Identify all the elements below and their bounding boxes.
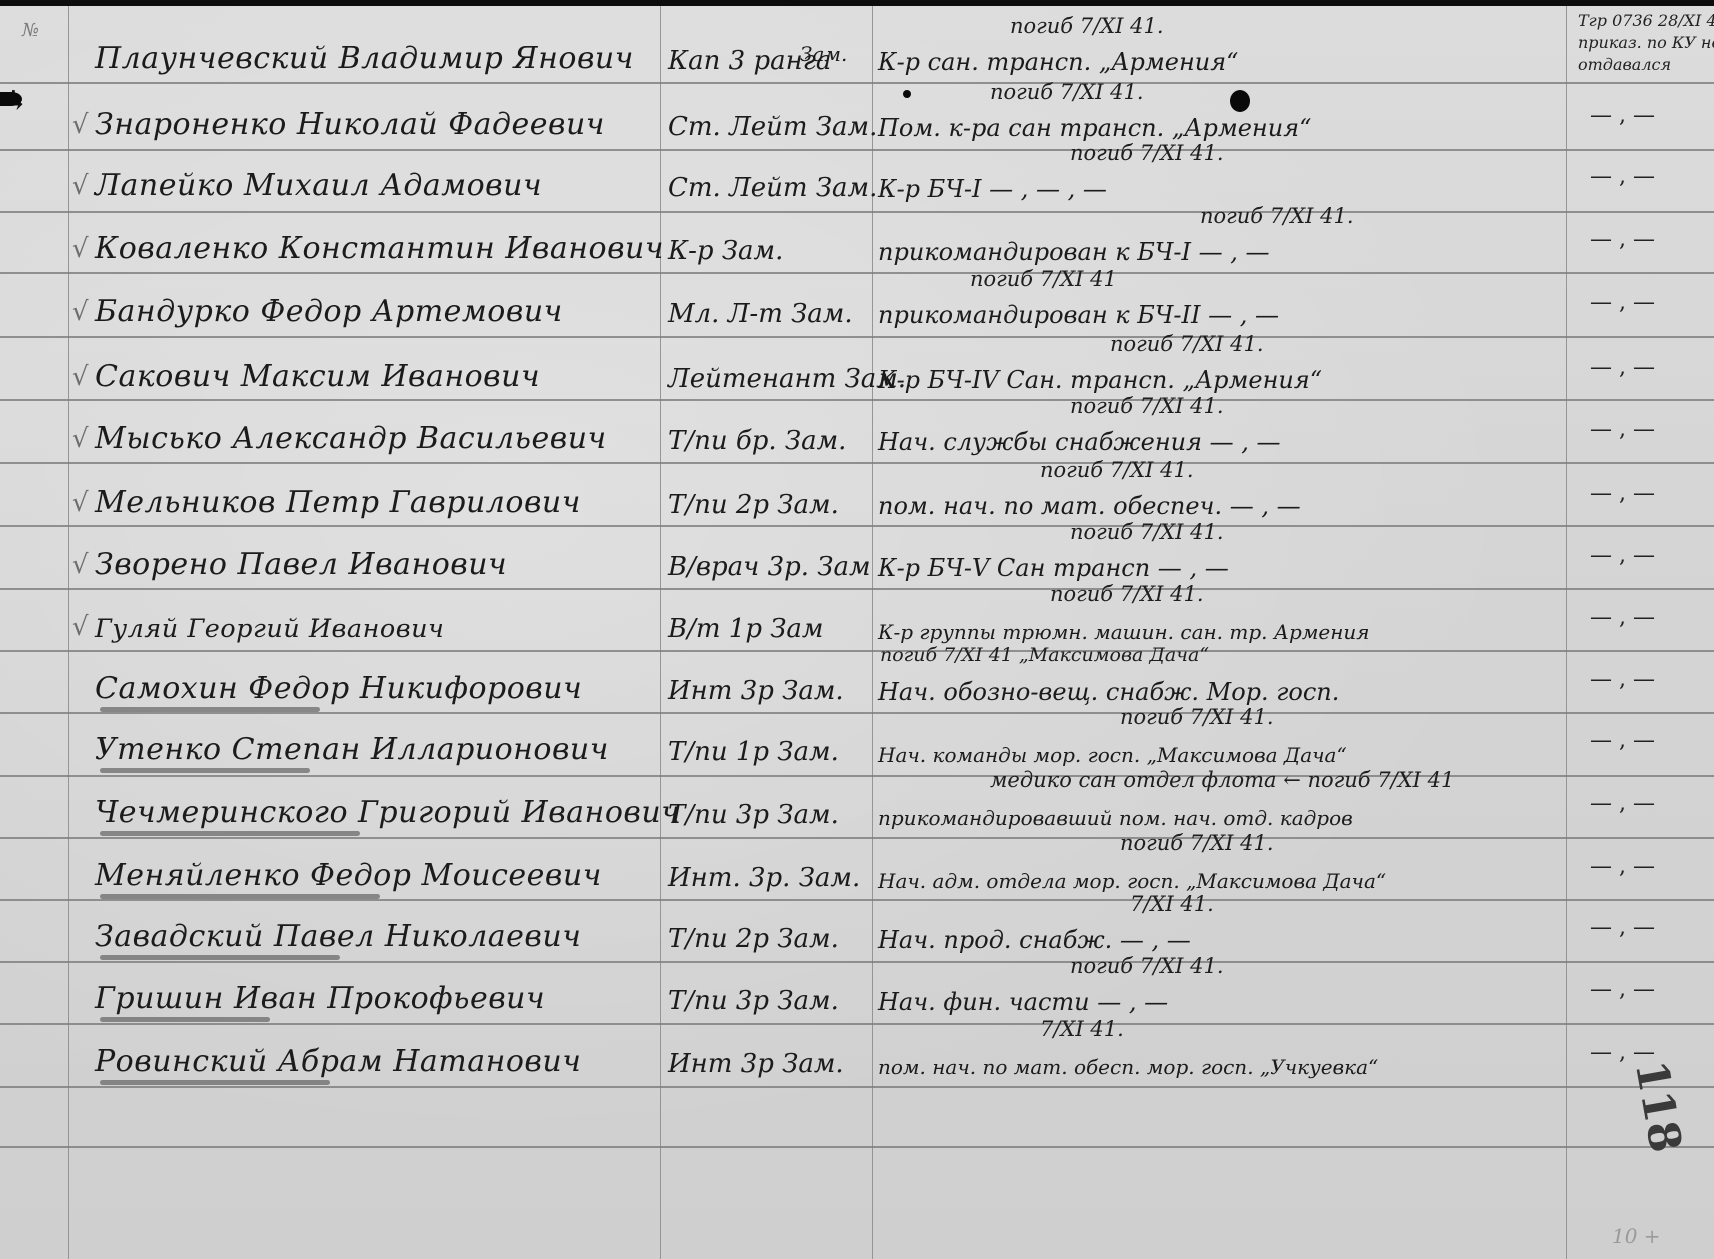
position-note: прикомандирован к БЧ-I — , — [878, 238, 1270, 266]
position-note: Пом. к-ра сан трансп. „Армения“ [878, 114, 1311, 142]
fate-annotation: погиб 7/XI 41. [1110, 332, 1264, 356]
personnel-row: √ погиб 7/XI 41 „Максимова Дача“ Самохин… [0, 648, 1714, 714]
full-name: Зворено Павел Иванович [95, 547, 507, 582]
check-mark-icon: √ [72, 110, 89, 140]
position-note: К-р БЧ-I — , — , — [878, 175, 1107, 203]
military-rank: Инт 3р Зам. [668, 1049, 844, 1079]
fate-annotation: погиб 7/XI 41 „Максимова Дача“ [880, 644, 1209, 666]
position-note: Нач. прод. снабж. — , — [878, 926, 1191, 954]
full-name: Ровинский Абрам Натанович [95, 1044, 581, 1079]
full-name: Мысько Александр Васильевич [95, 421, 607, 456]
pencil-underline [100, 1080, 330, 1085]
fate-annotation: погиб 7/XI 41. [1070, 954, 1224, 978]
remarks-ditto: — , — [1590, 667, 1655, 692]
position-note: К-р сан. трансп. „Армения“ [878, 48, 1238, 76]
full-name: Сакович Максим Иванович [95, 359, 540, 394]
full-name: Плаунчевский Владимир Янович [95, 41, 634, 76]
fate-annotation: погиб 7/XI 41. [990, 80, 1144, 104]
ruled-line [0, 1146, 1714, 1148]
remarks-ditto: — , — [1590, 728, 1655, 753]
full-name: Коваленко Константин Иванович [95, 231, 664, 266]
military-rank: Ст. Лейт Зам. [668, 173, 877, 203]
full-name: Гуляй Георгий Иванович [95, 614, 444, 644]
position-note: прикомандировавший пом. нач. отд. кадров [878, 806, 1353, 830]
full-name: Бандурко Федор Артемович [95, 294, 563, 329]
full-name: Лапейко Михаил Адамович [95, 168, 542, 203]
fate-annotation: погиб 7/XI 41. [1040, 458, 1194, 482]
position-note: пом. нач. по мат. обесп. мор. госп. „Учк… [878, 1055, 1378, 1079]
personnel-row: √ погиб 7/XI 41. Меняйленко Федор Моисее… [0, 835, 1714, 901]
full-name: Мельников Петр Гаврилович [95, 485, 581, 520]
military-rank: В/врач 3р. Зам [668, 552, 871, 582]
full-name: Гришин Иван Прокофьевич [95, 981, 545, 1016]
remarks-ditto: — , — [1590, 164, 1655, 189]
remarks-ditto: — , — [1590, 355, 1655, 380]
military-rank: Т/пи бр. Зам. [668, 426, 846, 456]
fate-annotation: погиб 7/XI 41. [1120, 705, 1274, 729]
military-rank: Инт 3р Зам. [668, 676, 844, 706]
military-rank: Т/пи 1р Зам. [668, 737, 839, 767]
remarks-ditto: — , — [1590, 605, 1655, 630]
fate-annotation: погиб 7/XI 41. [1010, 14, 1164, 38]
personnel-row: √ погиб 7/XI 41. Гуляй Георгий Иванович … [0, 586, 1714, 652]
full-name: Меняйленко Федор Моисеевич [95, 858, 602, 893]
remarks-ditto: — , — [1590, 227, 1655, 252]
check-mark-icon: √ [72, 488, 89, 518]
full-name: Утенко Степан Илларионович [95, 732, 609, 767]
personnel-row: √ погиб 7/XI 41. Знароненко Николай Фаде… [0, 84, 1714, 150]
fate-annotation: погиб 7/XI 41. [1050, 582, 1204, 606]
full-name: Самохин Федор Никифорович [95, 671, 582, 706]
remarks-ditto: — , — [1590, 290, 1655, 315]
remarks-ditto: — , — [1590, 543, 1655, 568]
personnel-row: √ погиб 7/XI 41. Мельников Петр Гаврилов… [0, 462, 1714, 528]
position-note: К-р группы трюмн. машин. сан. тр. Армени… [878, 620, 1370, 644]
fate-annotation: погиб 7/XI 41. [1070, 394, 1224, 418]
check-mark-icon: √ [72, 171, 89, 201]
personnel-row: √ погиб 7/XI 41. Гришин Иван Прокофьевич… [0, 958, 1714, 1024]
personnel-row: √ погиб 7/XI 41. Коваленко Константин Ив… [0, 208, 1714, 274]
check-mark-icon: √ [72, 424, 89, 454]
personnel-row: √ погиб 7/XI 41. Зворено Павел Иванович … [0, 524, 1714, 590]
remarks-ditto: — , — [1590, 854, 1655, 879]
personnel-row: √ медико сан отдел флота ← погиб 7/XI 41… [0, 772, 1714, 838]
military-rank: К-р Зам. [668, 236, 783, 266]
fate-annotation: погиб 7/XI 41 [970, 267, 1117, 291]
position-note: Нач. команды мор. госп. „Максимова Дача“ [878, 743, 1347, 767]
full-name: Знароненко Николай Фадеевич [95, 107, 605, 142]
fate-annotation: погиб 7/XI 41. [1200, 204, 1354, 228]
full-name: Завадский Павел Николаевич [95, 919, 581, 954]
military-rank: В/т 1р Зам [668, 614, 824, 644]
personnel-row: √ погиб 7/XI 41. Мысько Александр Василь… [0, 398, 1714, 464]
fate-annotation: 7/XI 41. [1130, 892, 1214, 916]
military-rank: Лейтенант Зам. [668, 364, 906, 394]
full-name: Чечмеринского Григорий Иванович [95, 795, 680, 830]
fate-annotation: погиб 7/XI 41. [1070, 141, 1224, 165]
position-note: Нач. службы снабжения — , — [878, 428, 1281, 456]
check-mark-icon: √ [72, 362, 89, 392]
personnel-row: √ 7/XI 41. Завадский Павел Николаевич Т/… [0, 896, 1714, 962]
remarks-ditto: — , — [1590, 791, 1655, 816]
military-rank: Инт. 3р. Зам. [668, 863, 860, 893]
personnel-row: √ погиб 7/XI 41. Сакович Максим Иванович… [0, 336, 1714, 402]
position-note: К-р БЧ-V Сан трансп — , — [878, 554, 1229, 582]
personnel-row: √ погиб 7/XI 41. Плаунчевский Владимир Я… [0, 18, 1714, 84]
remarks-ditto: — , — [1590, 481, 1655, 506]
check-mark-icon: √ [72, 234, 89, 264]
position-note: Нач. адм. отдела мор. госп. „Максимова Д… [878, 869, 1386, 893]
remarks-ditto: — , — [1590, 417, 1655, 442]
check-mark-icon: √ [72, 612, 89, 642]
page-count-mark: 10 + [1612, 1224, 1661, 1248]
military-rank: Т/пи 2р Зам. [668, 924, 839, 954]
fate-annotation: медико сан отдел флота ← погиб 7/XI 41 [990, 768, 1454, 792]
military-rank: Т/пи 3р Зам. [668, 800, 839, 830]
personnel-row: √ погиб 7/XI 41. Лапейко Михаил Адамович… [0, 145, 1714, 211]
check-mark-icon: √ [72, 297, 89, 327]
remarks-ditto: — , — [1590, 977, 1655, 1002]
check-mark-icon: √ [72, 550, 89, 580]
military-rank: Т/пи 2р Зам. [668, 490, 839, 520]
fate-annotation: погиб 7/XI 41. [1070, 520, 1224, 544]
personnel-row: √ погиб 7/XI 41. Утенко Степан Илларионо… [0, 709, 1714, 775]
position-note: прикомандирован к БЧ-II — , — [878, 301, 1279, 329]
fate-annotation: погиб 7/XI 41. [1120, 831, 1274, 855]
remarks-ditto: — , — [1590, 103, 1655, 128]
ledger-page: № ↳ Тгр 0736 28/XI 41 приказ. по КУ не о… [0, 6, 1714, 1259]
military-rank: Кап 3 ранга [668, 46, 831, 76]
fate-annotation: 7/XI 41. [1040, 1017, 1124, 1041]
personnel-row: √ 7/XI 41. Ровинский Абрам Натанович Инт… [0, 1021, 1714, 1087]
remarks-ditto: — , — [1590, 915, 1655, 940]
military-rank: Т/пи 3р Зам. [668, 986, 839, 1016]
position-note: Нач. обозно-вещ. снабж. Мор. госп. [878, 678, 1339, 706]
military-rank: Мл. Л-т Зам. [668, 299, 853, 329]
military-rank: Ст. Лейт Зам. [668, 112, 877, 142]
personnel-row: √ погиб 7/XI 41 Бандурко Федор Артемович… [0, 271, 1714, 337]
position-note: пом. нач. по мат. обеспеч. — , — [878, 492, 1301, 520]
position-note: К-р БЧ-IV Сан. трансп. „Армения“ [878, 366, 1322, 394]
position-note: Нач. фин. части — , — [878, 988, 1168, 1016]
